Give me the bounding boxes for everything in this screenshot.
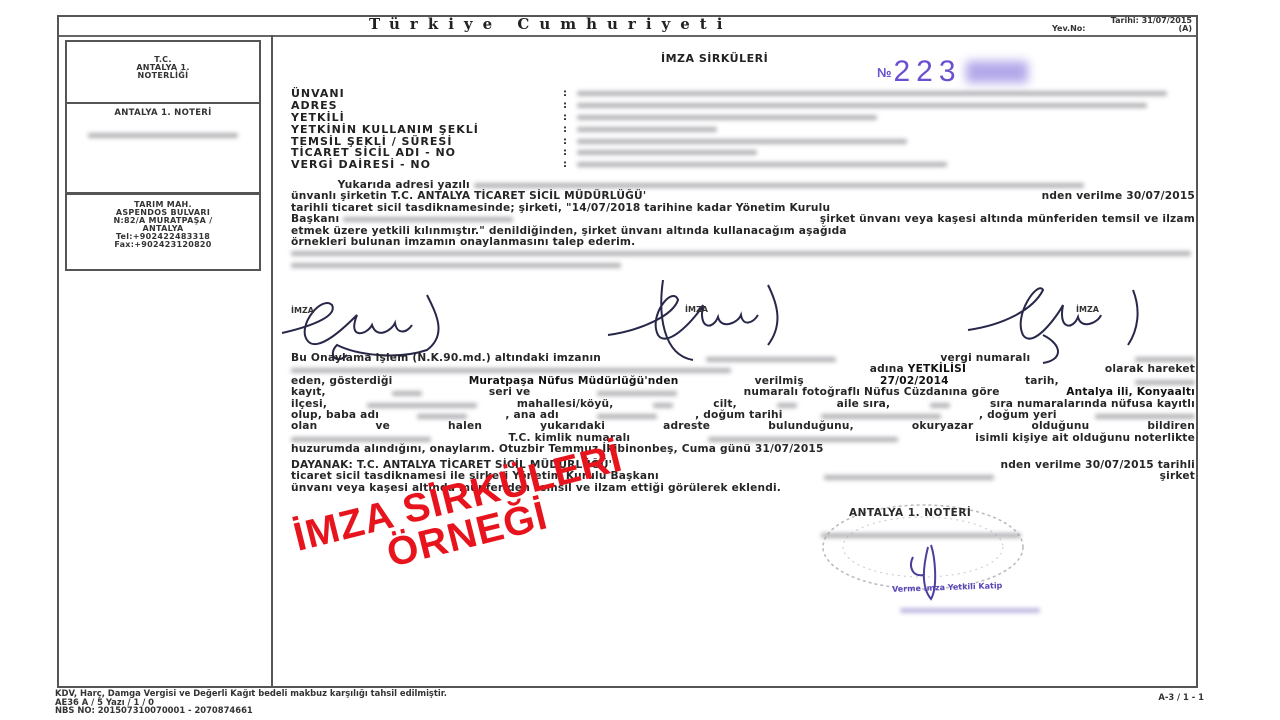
redacted-value bbox=[577, 139, 907, 144]
text: Başkanı bbox=[291, 213, 339, 225]
redacted-value bbox=[577, 103, 1147, 108]
serial-visible: 223 bbox=[894, 55, 962, 88]
left-panel: T.C. ANTALYA 1. NOTERLİĞİ ANTALYA 1. NOT… bbox=[59, 35, 273, 686]
redacted-text bbox=[417, 414, 467, 419]
redacted-text bbox=[930, 403, 950, 408]
nbs-number: NBS NO: 201507310070001 - 2070874661 bbox=[55, 706, 447, 715]
document-title: İMZA SİRKÜLERİ bbox=[661, 52, 768, 65]
redacted-text bbox=[597, 414, 657, 419]
republic-heading: Türkiye Cumhuriyeti bbox=[369, 15, 732, 33]
field-row: YETKİNİN KULLANIM ŞEKLİ: bbox=[291, 123, 1167, 135]
serial-number: №223 bbox=[877, 55, 1028, 89]
field-row: ÜNVANI: bbox=[291, 88, 1167, 100]
field-row: YETKİLİ: bbox=[291, 112, 1167, 124]
redacted-text bbox=[1095, 414, 1195, 419]
redacted-text bbox=[824, 475, 994, 480]
redacted-text bbox=[1135, 357, 1195, 362]
office-line: NOTERLİĞİ bbox=[67, 72, 259, 80]
page-number: A-3 / 1 - 1 bbox=[1158, 692, 1204, 702]
redacted-text bbox=[777, 403, 797, 408]
redacted-value bbox=[577, 127, 717, 132]
redacted-text bbox=[821, 533, 1021, 538]
text: seri ve bbox=[489, 387, 531, 398]
redacted-value bbox=[577, 150, 757, 155]
yev-value: (A) bbox=[1178, 25, 1192, 33]
redacted-text bbox=[900, 608, 1040, 613]
redacted-text bbox=[708, 437, 898, 442]
signature-icon bbox=[603, 275, 803, 365]
company-fields: ÜNVANI: ADRES: YETKİLİ: YETKİNİN KULLANI… bbox=[291, 88, 1167, 171]
redacted-value bbox=[577, 115, 877, 120]
field-label: VERGİ DAİRESİ - NO bbox=[291, 158, 563, 171]
redacted-value bbox=[577, 162, 947, 167]
text: adına bbox=[870, 363, 904, 375]
notary-box: ANTALYA 1. NOTERİ bbox=[65, 103, 261, 194]
signature-label: İMZA bbox=[685, 305, 708, 314]
field-row: TİCARET SİCİL ADI - NO: bbox=[291, 147, 1167, 159]
text: örnekleri bulunan imzamın onaylanmasını … bbox=[291, 237, 1195, 248]
text: şirket ünvanı veya kaşesi altında münfer… bbox=[820, 214, 1195, 225]
text: nden verilme 30/07/2015 bbox=[1042, 191, 1195, 202]
signature-label: İMZA bbox=[291, 306, 314, 315]
approval-paragraph: Bu Onaylama işlem (N.K.90.md.) altındaki… bbox=[291, 353, 1195, 456]
redacted-text bbox=[291, 263, 621, 268]
text: isimli kişiye ait olduğunu noterlikte bbox=[975, 433, 1195, 444]
text: Antalya ili, Konyaaltı bbox=[1066, 387, 1195, 398]
redacted-text bbox=[392, 391, 422, 396]
redacted-serial bbox=[966, 61, 1028, 83]
yev-label: Yev.No: bbox=[1052, 25, 1085, 33]
redacted-text bbox=[343, 217, 513, 222]
address-box: TARIM MAH. ASPENDOS BULVARI N:82/A MURAT… bbox=[65, 193, 261, 271]
redacted-text bbox=[291, 368, 731, 373]
notary-name: ANTALYA 1. NOTERİ bbox=[67, 109, 259, 117]
field-row: VERGİ DAİRESİ - NO: bbox=[291, 159, 1167, 171]
text: Bu Onaylama işlem (N.K.90.md.) altındaki… bbox=[291, 353, 601, 364]
request-paragraph: Yukarıda adresi yazılı ünvanlı şirketin … bbox=[291, 180, 1195, 271]
redacted-text bbox=[653, 403, 673, 408]
redacted-text bbox=[706, 357, 836, 362]
numero-sign: № bbox=[877, 65, 892, 80]
text: olarak hareket bbox=[1105, 364, 1195, 375]
text: şirket bbox=[1160, 471, 1195, 482]
fax-line: Fax:+902423120820 bbox=[67, 241, 259, 249]
text: YETKİLİSİ bbox=[908, 363, 966, 375]
redacted-text bbox=[474, 183, 1084, 188]
text: aile sıra, bbox=[837, 399, 891, 410]
notary-document: Türkiye Cumhuriyeti Tarihi: 31/07/2015 Y… bbox=[57, 15, 1198, 688]
text: numaralı fotoğraflı Nüfus Cüzdanına göre bbox=[744, 387, 1000, 398]
main-content: İMZA SİRKÜLERİ №223 ÜNVANI: ADRES: YETKİ… bbox=[273, 35, 1196, 686]
text: tarih, bbox=[1025, 376, 1059, 387]
redacted-value bbox=[577, 91, 1167, 96]
notary-signoff: ANTALYA 1. NOTERİ bbox=[849, 507, 971, 519]
redacted-text bbox=[821, 414, 941, 419]
document-header: Türkiye Cumhuriyeti Tarihi: 31/07/2015 Y… bbox=[59, 17, 1196, 37]
redacted-text bbox=[88, 133, 238, 138]
redacted-text bbox=[291, 437, 431, 442]
text: kayıt, bbox=[291, 387, 326, 398]
field-row: ADRES: bbox=[291, 100, 1167, 112]
redacted-text bbox=[597, 391, 677, 396]
redacted-text bbox=[1135, 380, 1195, 385]
office-box: T.C. ANTALYA 1. NOTERLİĞİ bbox=[65, 40, 261, 104]
document-footer: KDV, Harç, Damga Vergisi ve Değerli Kağı… bbox=[55, 689, 447, 715]
signature-label: İMZA bbox=[1076, 305, 1099, 314]
redacted-text bbox=[367, 403, 477, 408]
redacted-text bbox=[291, 251, 1191, 256]
text: huzurumda alındığını, onaylarım. Otuzbir… bbox=[291, 444, 1195, 455]
date-box: Tarihi: 31/07/2015 Yev.No:(A) bbox=[1052, 17, 1192, 33]
